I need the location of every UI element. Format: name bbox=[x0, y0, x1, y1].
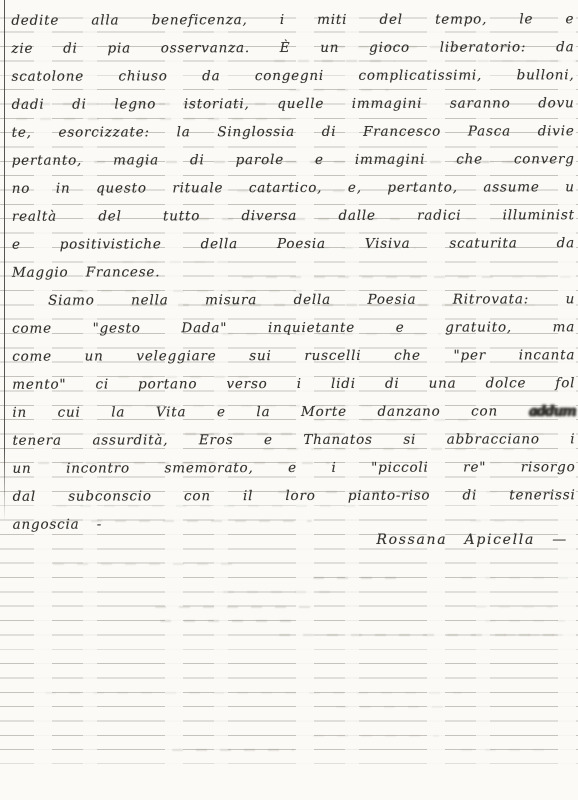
bleed-through-strip bbox=[313, 735, 439, 737]
handwritten-line-text: in cui la Vita e la Morte danzano con bbox=[12, 403, 498, 420]
signature: Rossana Apicella — bbox=[376, 526, 568, 554]
bleed-through-strip bbox=[53, 563, 236, 565]
scanned-page: dedite alla beneficenza, i miti del temp… bbox=[0, 0, 578, 800]
handwritten-line: zie di pia osservanza. È un gioco libera… bbox=[11, 33, 574, 62]
handwritten-line: no in questo rituale catartico, e, perta… bbox=[12, 173, 575, 202]
scan-edge-line bbox=[4, 0, 5, 522]
bleed-through-strip bbox=[172, 749, 294, 751]
handwritten-line: come "gesto Dada" inquietante e gratuito… bbox=[12, 313, 575, 342]
handwritten-line: tenera assurdità, Eros e Thanatos si abb… bbox=[12, 425, 575, 454]
handwritten-line: e positivistiche della Poesia Visiva sca… bbox=[12, 229, 575, 258]
handwritten-line: realtà del tutto diversa dalle radici il… bbox=[12, 201, 575, 230]
scribbled-word: addum bbox=[529, 403, 576, 419]
handwritten-text-block: dedite alla beneficenza, i miti del temp… bbox=[11, 5, 575, 538]
bleed-through-strip bbox=[45, 692, 462, 694]
handwritten-line: Siamo nella misura della Poesia Ritrovat… bbox=[12, 285, 575, 314]
bleed-through-strip bbox=[336, 706, 448, 708]
bleed-through-strip bbox=[461, 749, 544, 751]
handwritten-line: dal subconscio con il loro pianto-riso d… bbox=[13, 481, 576, 510]
page-bottom-margin bbox=[0, 764, 578, 800]
handwritten-line: dadi di legno istoriati, quelle immagini… bbox=[12, 89, 575, 118]
bleed-through-strip bbox=[504, 634, 578, 636]
handwritten-line: come un veleggiare sui ruscelli che "per… bbox=[12, 341, 575, 370]
bleed-through-strip bbox=[475, 606, 553, 608]
bleed-through-strip bbox=[279, 634, 559, 636]
bleed-through-strip bbox=[155, 606, 321, 608]
handwritten-line: in cui la Vita e la Morte danzano con ad… bbox=[12, 397, 575, 426]
handwritten-line: un incontro smemorato, e i "piccoli re" … bbox=[12, 453, 575, 482]
handwritten-line: te, esorcizzate: la Singlossia di France… bbox=[12, 117, 575, 146]
bleed-through-strip bbox=[160, 620, 303, 622]
bleed-through-strip bbox=[461, 577, 578, 579]
bleed-through-strip bbox=[223, 591, 338, 593]
bleed-through-strip bbox=[313, 577, 397, 579]
handwritten-line: dedite alla beneficenza, i miti del temp… bbox=[11, 5, 574, 34]
bleed-through-strip bbox=[485, 620, 565, 622]
handwritten-line: pertanto, magia di parole e immagini che… bbox=[12, 145, 575, 174]
handwritten-line: scatolone chiuso da congegni complicatis… bbox=[11, 61, 574, 90]
handwritten-line: mento" ci portano verso i lidi di una do… bbox=[12, 369, 575, 398]
handwritten-line: Maggio Francese. bbox=[12, 257, 575, 286]
